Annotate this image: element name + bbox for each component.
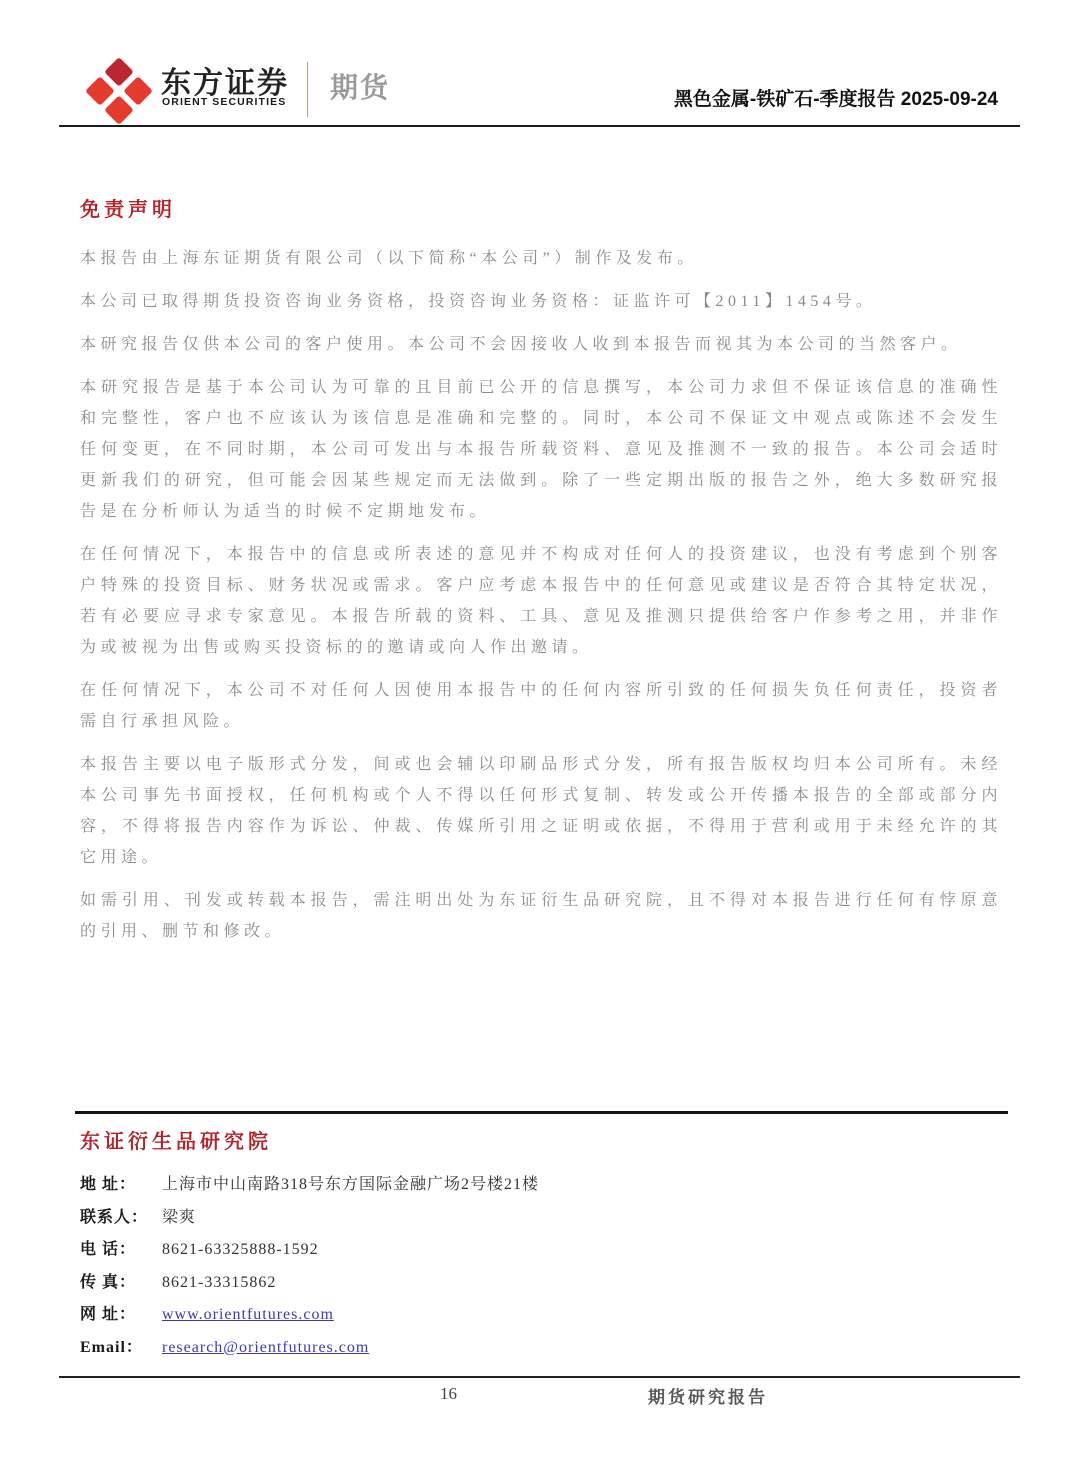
contact-row-email: Email： research@orientfutures.com xyxy=(80,1332,1008,1365)
disclaimer-paragraph: 本报告由上海东证期货有限公司（以下简称“本公司”）制作及发布。 xyxy=(80,243,1002,274)
contact-label: 网 址： xyxy=(80,1299,162,1332)
email-link[interactable]: research@orientfutures.com xyxy=(162,1332,369,1365)
contact-label: Email： xyxy=(80,1332,162,1365)
contact-row-contact-person: 联系人： 梁爽 xyxy=(80,1202,1008,1235)
division-label: 期货 xyxy=(330,66,390,106)
contact-row-address: 地 址： 上海市中山南路318号东方国际金融广场2号楼21楼 xyxy=(80,1169,1008,1202)
disclaimer-paragraph: 本研究报告仅供本公司的客户使用。本公司不会因接收人收到本报告而视其为本公司的当然… xyxy=(80,329,1002,360)
contact-row-phone: 电 话： 8621-63325888-1592 xyxy=(80,1234,1008,1267)
website-link[interactable]: www.orientfutures.com xyxy=(162,1299,334,1332)
footer-report-type: 期货研究报告 xyxy=(648,1383,768,1408)
disclaimer-paragraph: 如需引用、刊发或转载本报告，需注明出处为东证衍生品研究院，且不得对本报告进行任何… xyxy=(80,885,1002,947)
page-header: 东方证券 ORIENT SECURITIES 期货 黑色金属-铁矿石-季度报告 … xyxy=(59,0,1020,127)
contact-value-address: 上海市中山南路318号东方国际金融广场2号楼21楼 xyxy=(162,1169,539,1202)
disclaimer-title: 免责声明 xyxy=(80,193,176,222)
contact-label: 电 话： xyxy=(80,1234,162,1267)
orient-securities-logo-icon xyxy=(85,57,153,125)
contact-row-website: 网 址： www.orientfutures.com xyxy=(80,1299,1008,1332)
contact-value-person: 梁爽 xyxy=(162,1202,196,1235)
disclaimer-paragraphs: 本报告由上海东证期货有限公司（以下简称“本公司”）制作及发布。 本公司已取得期货… xyxy=(80,243,1002,959)
institute-section: 东证衍生品研究院 地 址： 上海市中山南路318号东方国际金融广场2号楼21楼 … xyxy=(75,1111,1008,1364)
contact-value-fax: 8621-33315862 xyxy=(162,1267,276,1300)
logo-divider xyxy=(307,62,308,117)
disclaimer-paragraph: 本公司已取得期货投资咨询业务资格，投资咨询业务资格：证监许可【2011】1454… xyxy=(80,286,1002,317)
logo-name-en: ORIENT SECURITIES xyxy=(162,96,286,108)
disclaimer-paragraph: 本研究报告是基于本公司认为可靠的且目前已公开的信息撰写，本公司力求但不保证该信息… xyxy=(80,372,1002,527)
contact-label: 传 真： xyxy=(80,1267,162,1300)
report-page: 东方证券 ORIENT SECURITIES 期货 黑色金属-铁矿石-季度报告 … xyxy=(0,0,1080,1466)
contact-label: 联系人： xyxy=(80,1202,162,1235)
contact-row-fax: 传 真： 8621-33315862 xyxy=(80,1267,1008,1300)
disclaimer-paragraph: 在任何情况下，本报告中的信息或所表述的意见并不构成对任何人的投资建议，也没有考虑… xyxy=(80,539,1002,663)
page-footer: 16 期货研究报告 xyxy=(59,1376,1020,1420)
contact-label: 地 址： xyxy=(80,1169,162,1202)
disclaimer-paragraph: 在任何情况下，本公司不对任何人因使用本报告中的任何内容所引致的任何损失负任何责任… xyxy=(80,675,1002,737)
report-title: 黑色金属-铁矿石-季度报告 2025-09-24 xyxy=(674,84,998,111)
page-number: 16 xyxy=(440,1384,457,1404)
disclaimer-paragraph: 本报告主要以电子版形式分发，间或也会辅以印刷品形式分发，所有报告版权均归本公司所… xyxy=(80,749,1002,873)
contact-value-phone: 8621-63325888-1592 xyxy=(162,1234,319,1267)
institute-name: 东证衍生品研究院 xyxy=(80,1125,1008,1154)
